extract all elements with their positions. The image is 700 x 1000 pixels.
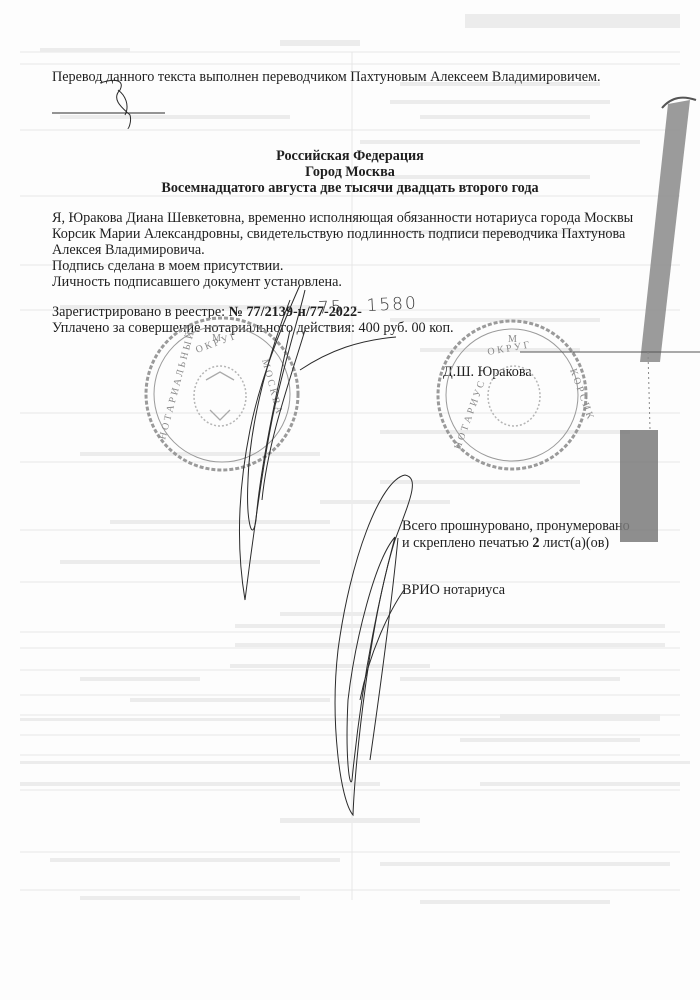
svg-text:Н О Т А Р И У С: Н О Т А Р И У С xyxy=(452,379,487,451)
notary-seal-right-icon xyxy=(438,321,586,469)
svg-text:О К Р У Г: О К Р У Г xyxy=(487,340,531,358)
binding-note-line-2: и скреплено печатью 2 лист(а)(ов) xyxy=(402,535,609,552)
svg-text:М: М xyxy=(508,334,517,345)
binding-note-suffix: лист(а)(ов) xyxy=(539,535,609,551)
certification-line-2: Корсик Марии Александровны, свидетельств… xyxy=(52,226,625,243)
svg-text:М О С К В А: М О С К В А xyxy=(259,358,284,416)
registry-line: Зарегистрировано в реестре: № 77/2139-н/… xyxy=(52,304,362,321)
notary-seal-left-icon xyxy=(146,318,298,470)
document-page: Перевод данного текста выполнен переводч… xyxy=(0,0,700,1000)
fee-amount: 400 руб. 00 коп. xyxy=(359,320,454,336)
registry-handwritten-number: 75 - 1580 xyxy=(318,293,419,318)
heading-country: Российская Федерация xyxy=(0,148,700,165)
notary-title: ВРИО нотариуса xyxy=(402,582,505,599)
presence-statement: Подпись сделана в моем присутствии. xyxy=(52,258,283,275)
binding-note-prefix: и скреплено печатью xyxy=(402,535,532,551)
binding-note-line-1: Всего прошнуровано, пронумеровано xyxy=(402,518,630,535)
svg-text:Н О Т А Р И А Л Ь Н Ы Й: Н О Т А Р И А Л Ь Н Ы Й xyxy=(156,330,196,440)
translator-signature xyxy=(52,80,165,128)
svg-text:К О Р С И К: К О Р С И К xyxy=(567,367,595,420)
fee-label: Уплачено за совершение нотариального дей… xyxy=(52,320,359,336)
certification-line-3: Алексея Владимировича. xyxy=(52,242,205,259)
identity-statement: Личность подписавшего документ установле… xyxy=(52,274,342,291)
notary-signature-name: Д.Ш. Юракова xyxy=(443,364,532,381)
fee-line: Уплачено за совершение нотариального дей… xyxy=(52,320,454,337)
heading-date: Восемнадцатого августа две тысячи двадца… xyxy=(0,180,700,197)
vrio-signature xyxy=(335,475,412,815)
translator-statement: Перевод данного текста выполнен переводч… xyxy=(52,69,601,86)
certification-line-1: Я, Юракова Диана Шевкетовна, временно ис… xyxy=(52,210,633,227)
heading-city: Город Москва xyxy=(0,164,700,181)
registry-label: Зарегистрировано в реестре: xyxy=(52,304,229,320)
